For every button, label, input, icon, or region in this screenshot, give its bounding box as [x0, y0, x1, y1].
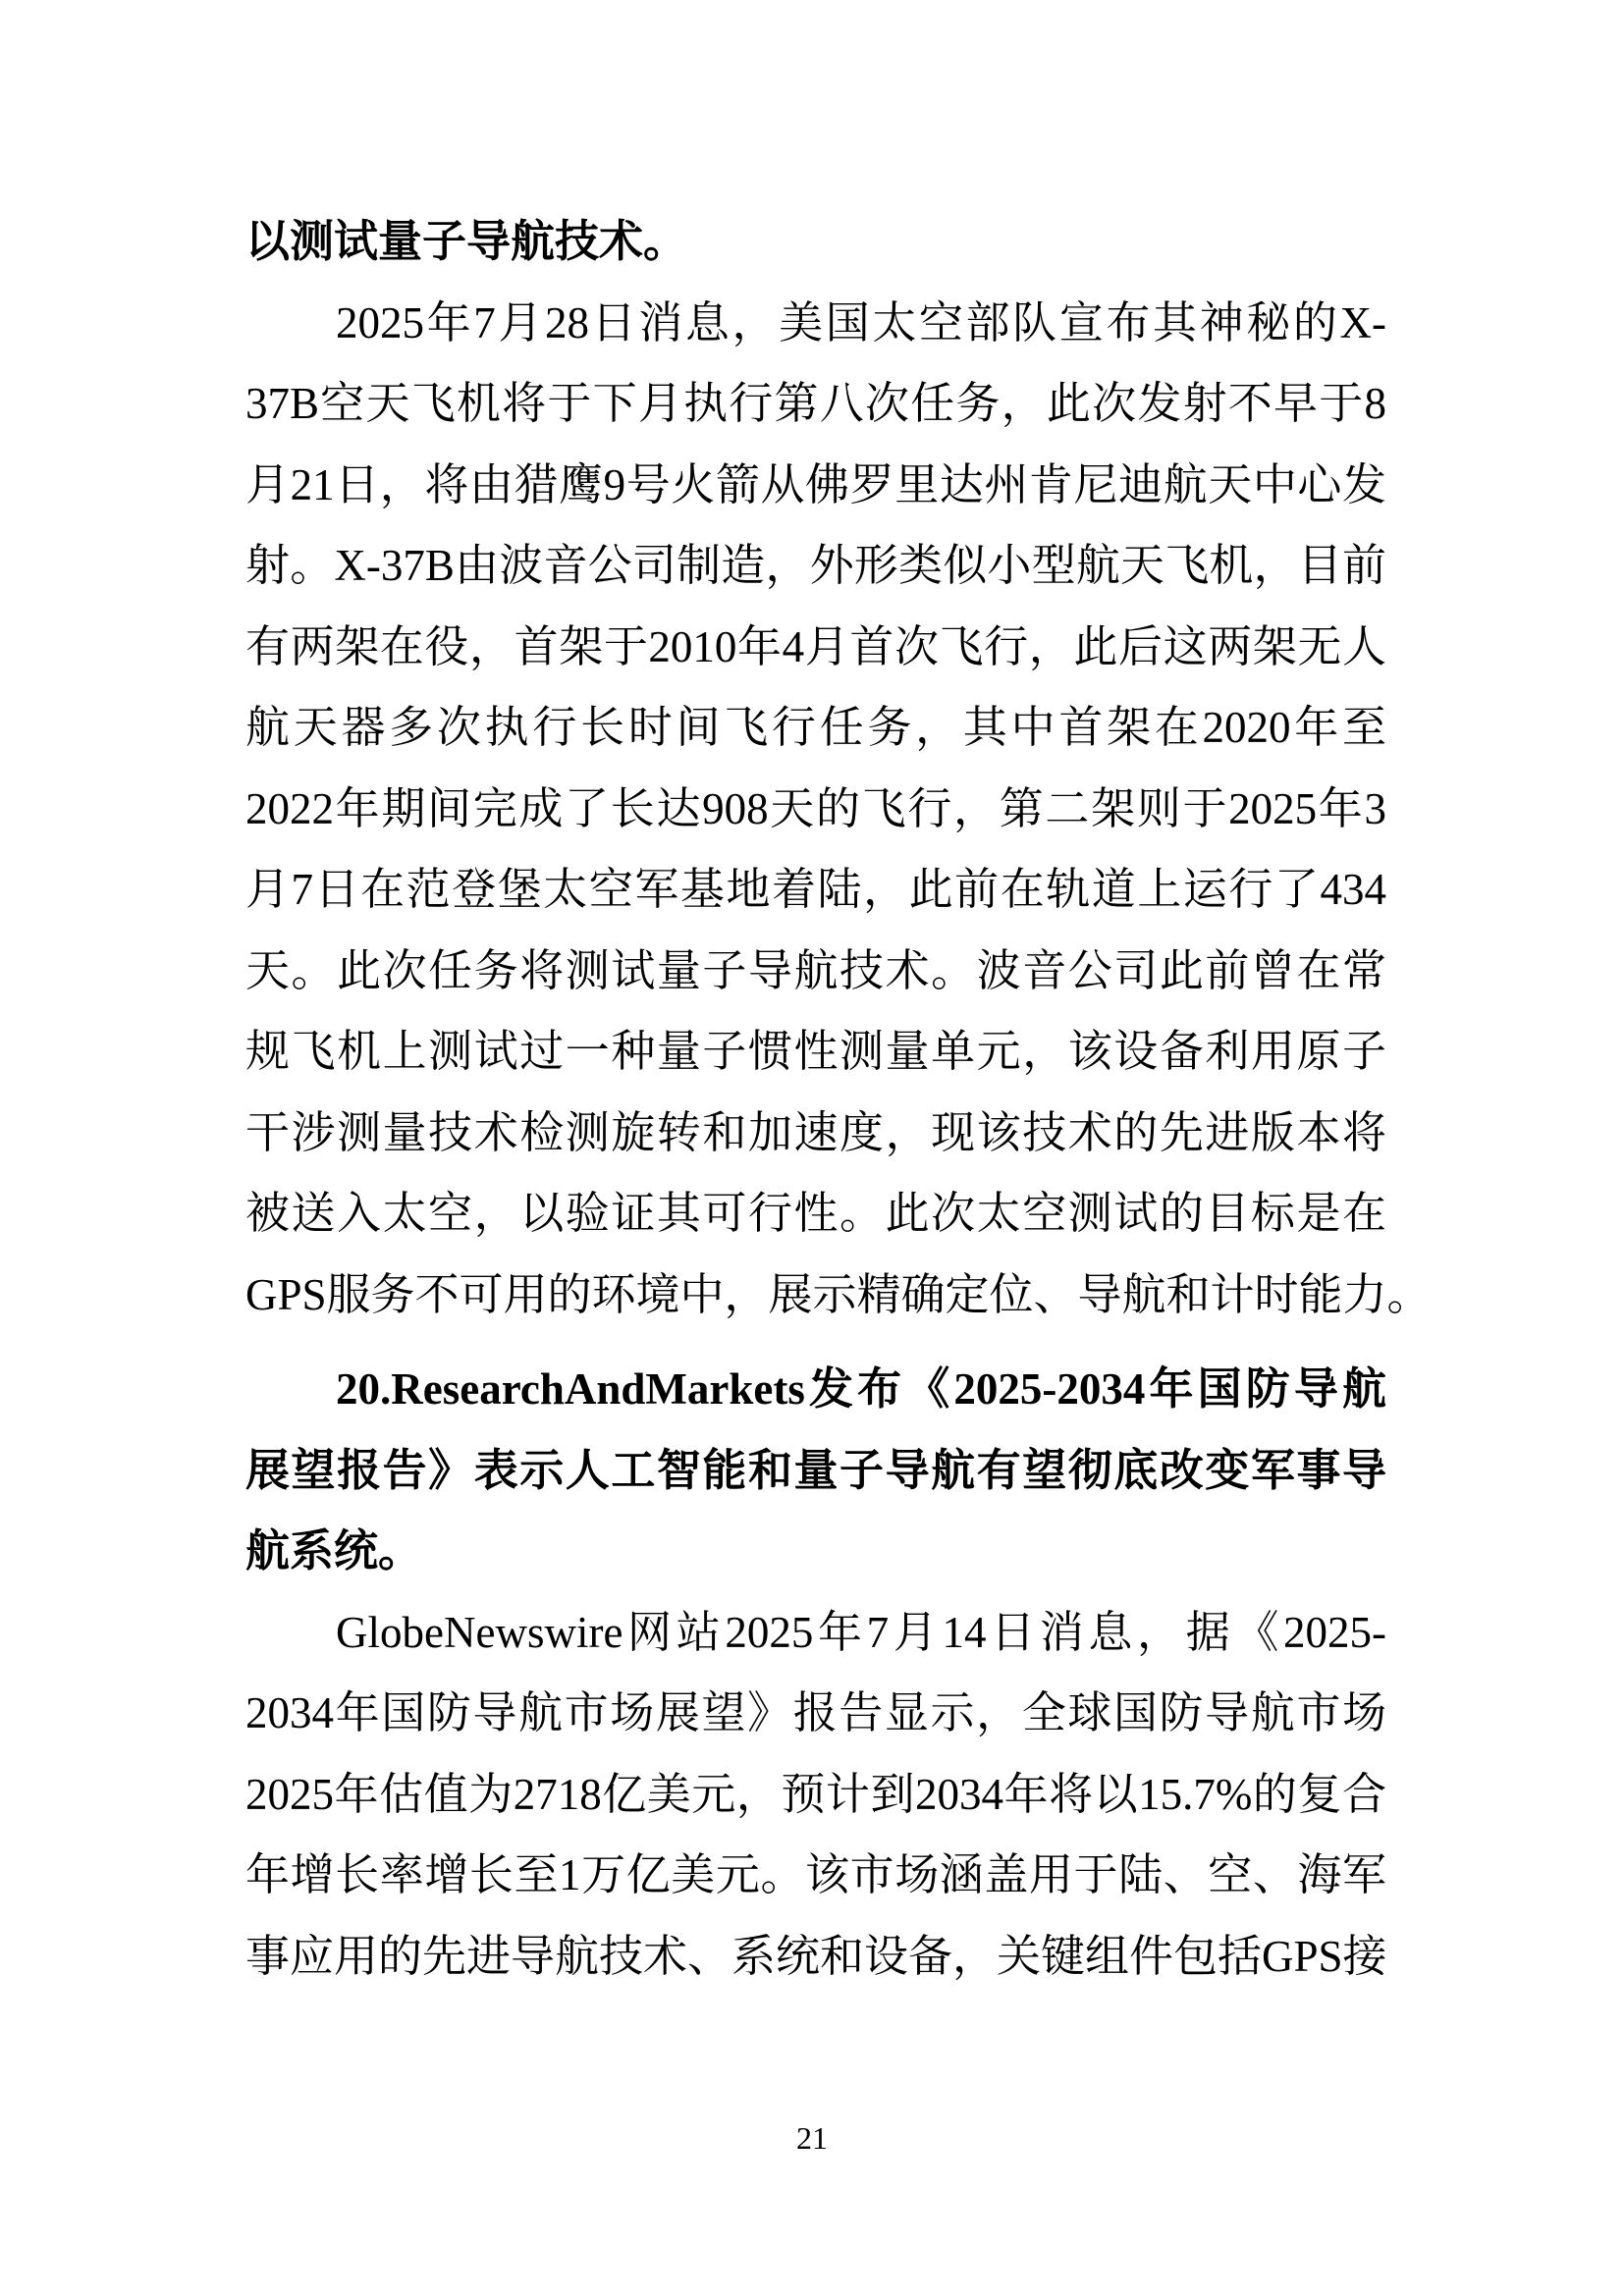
paragraph-defense-navigation-market: GlobeNewswire网站2025年7月14日消息，据《2025- 2034…: [245, 1592, 1386, 1998]
paragraph-line: 2022年期间完成了长达908天的飞行，第二架则于2025年3: [245, 769, 1386, 850]
paragraph-line: 月7日在范登堡太空军基地着陆，此前在轨道上运行了434: [245, 849, 1386, 931]
paragraph-line: 年增长率增长至1万亿美元。该市场涵盖用于陆、空、海军: [245, 1835, 1386, 1916]
paragraph-line: GPS服务不可用的环境中，展示精确定位、导航和计时能力。: [245, 1255, 1386, 1336]
page-number: 21: [0, 2120, 1624, 2157]
heading-line: 20.ResearchAndMarkets发布《2025-2034年国防导航: [245, 1349, 1386, 1430]
paragraph-line: 37B空天飞机将于下月执行第八次任务，此次发射不早于8: [245, 363, 1386, 445]
paragraph-line: 月21日，将由猎鹰9号火箭从佛罗里达州肯尼迪航天中心发: [245, 445, 1386, 526]
paragraph-line: 被送入太空，以验证其可行性。此次太空测试的目标是在: [245, 1173, 1386, 1255]
paragraph-line: 事应用的先进导航技术、系统和设备，关键组件包括GPS接: [245, 1916, 1386, 1998]
paragraph-line: 2034年国防导航市场展望》报告显示，全球国防导航市场: [245, 1673, 1386, 1754]
paragraph-line: 2025年7月28日消息，美国太空部队宣布其神秘的X-: [245, 283, 1386, 364]
heading-line: 展望报告》表示人工智能和量子导航有望彻底改变军事导: [245, 1430, 1386, 1512]
paragraph-line: 射。X-37B由波音公司制造，外形类似小型航天飞机，目前: [245, 525, 1386, 607]
document-page: 以测试量子导航技术。 2025年7月28日消息，美国太空部队宣布其神秘的X- 3…: [245, 201, 1386, 1997]
heading-continuation: 以测试量子导航技术。: [245, 201, 1386, 283]
paragraph-line: 2025年估值为2718亿美元，预计到2034年将以15.7%的复合: [245, 1754, 1386, 1836]
paragraph-line: GlobeNewswire网站2025年7月14日消息，据《2025-: [245, 1592, 1386, 1674]
section-heading-20: 20.ResearchAndMarkets发布《2025-2034年国防导航 展…: [245, 1349, 1386, 1592]
paragraph-line: 天。此次任务将测试量子导航技术。波音公司此前曾在常: [245, 931, 1386, 1012]
heading-line: 航系统。: [245, 1511, 1386, 1592]
paragraph-line: 规飞机上测试过一种量子惯性测量单元，该设备利用原子: [245, 1011, 1386, 1093]
paragraph-x37b: 2025年7月28日消息，美国太空部队宣布其神秘的X- 37B空天飞机将于下月执…: [245, 283, 1386, 1336]
paragraph-line: 有两架在役，首架于2010年4月首次飞行，此后这两架无人: [245, 607, 1386, 688]
paragraph-line: 干涉测量技术检测旋转和加速度，现该技术的先进版本将: [245, 1093, 1386, 1174]
paragraph-line: 航天器多次执行长时间飞行任务，其中首架在2020年至: [245, 687, 1386, 769]
